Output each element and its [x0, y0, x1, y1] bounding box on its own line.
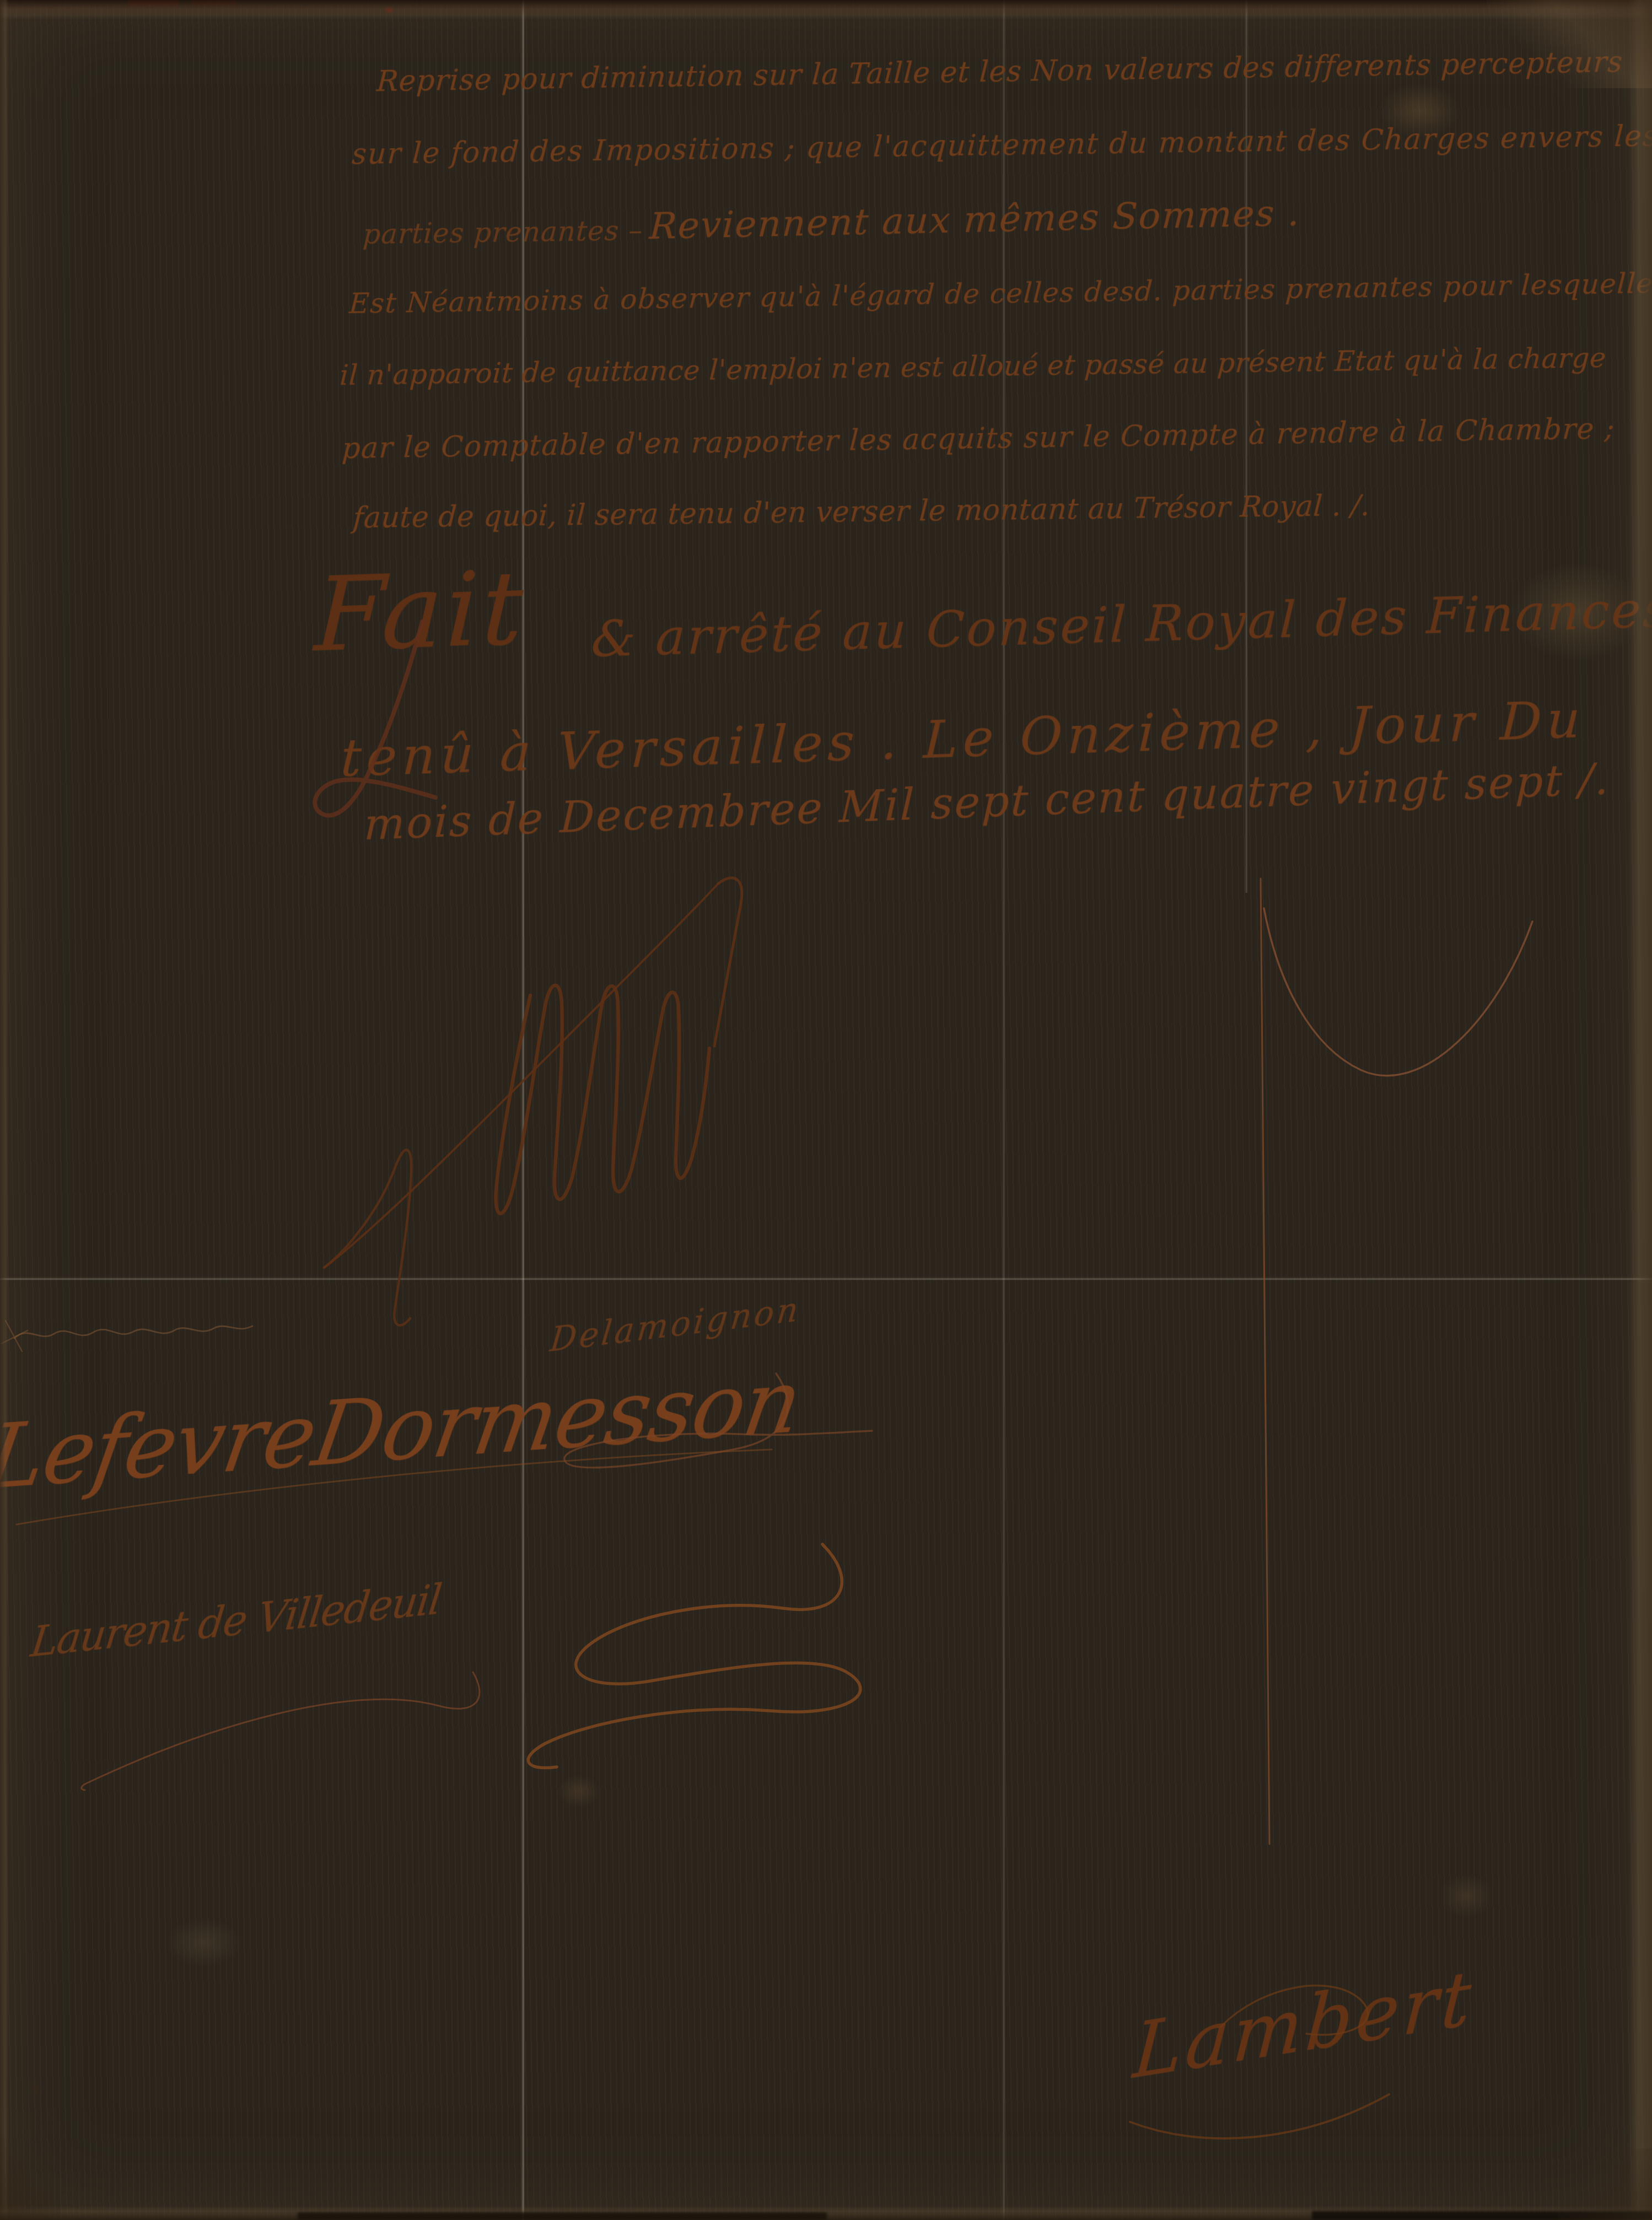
- red-edge-mark: [384, 6, 395, 14]
- fold-crease-vertical-secondary: [1001, 0, 1005, 2220]
- dark-fleck: [29, 2083, 43, 2095]
- body-line-7: faute de quoi, il sera tenu d'en verser …: [352, 489, 1371, 535]
- ink-stain: [557, 1775, 601, 1808]
- signature-ormesson-paraph: [528, 1544, 860, 1768]
- fold-crease-vertical-main: [520, 0, 525, 2220]
- signature-lambert-swash: [1130, 2094, 1389, 2138]
- body-line-5: il n'apparoit de quittance l'emploi n'en…: [339, 342, 1607, 391]
- bottom-edge-dark-segment: [1312, 2211, 1652, 2220]
- red-edge-mark: [128, 0, 179, 8]
- signature-ormesson-text: LefevreDormesson: [0, 1350, 808, 1510]
- column-rule-line: [1261, 879, 1269, 1844]
- faint-docket-squiggle: [14, 1326, 252, 1338]
- right-edge-shadow: [1628, 0, 1652, 2220]
- ink-stain: [165, 1918, 243, 1968]
- manuscript-page: Reprise pour diminution sur la Taille et…: [0, 0, 1652, 2220]
- closing-word-fait: Fait: [313, 548, 528, 675]
- royal-signature-hook: [324, 1150, 411, 1325]
- paper-grain: [0, 0, 1652, 2220]
- body-line-6: par le Comptable d'en rapporter les acqu…: [341, 412, 1616, 465]
- bottom-right-corner-shadow: [1558, 2148, 1652, 2220]
- ink-flourish-layer: [0, 0, 1652, 2220]
- bottom-edge-dark-segment: [298, 2212, 827, 2220]
- faint-docket-cross: [1, 1321, 28, 1351]
- royal-signature-loops: [496, 985, 709, 1214]
- body-line-3a: parties prenantes –: [362, 214, 644, 250]
- body-line-1: Reprise pour diminution sur la Taille et…: [376, 45, 1624, 98]
- royal-signature-sweep: [324, 883, 718, 1268]
- signature-lambert-text: Lambert: [1131, 1953, 1477, 2096]
- body-line-4: Est Néantmoins à observer qu'à l'égard d…: [348, 267, 1652, 320]
- body-line-2: sur le fond des Impositions ; que l'acqu…: [351, 120, 1652, 171]
- column-bracket-curve: [1264, 908, 1532, 1076]
- fold-crease-horizontal: [0, 1276, 1652, 1280]
- red-edge-mark: [192, 0, 236, 7]
- bottom-left-corner-shadow: [0, 2137, 61, 2220]
- closing-line-1: & arrêté au Conseil Royal des Finances: [590, 580, 1652, 669]
- ink-stain: [1439, 1874, 1494, 1918]
- signature-villedeuil-text: Laurent de Villedeuil: [28, 1575, 443, 1667]
- royal-signature-apex: [714, 878, 742, 1046]
- signature-villedeuil-tail: [82, 1672, 480, 1790]
- top-edge-shadow: [0, 0, 1652, 20]
- body-line-3b: Reviennent aux mêmes Sommes .: [648, 191, 1301, 247]
- signature-lamoignon-text: Delamoignon: [548, 1290, 803, 1360]
- left-edge-shadow: [0, 0, 9, 2220]
- paper-vignette: [0, 0, 1652, 2220]
- bottom-edge-shadow: [0, 2206, 1652, 2220]
